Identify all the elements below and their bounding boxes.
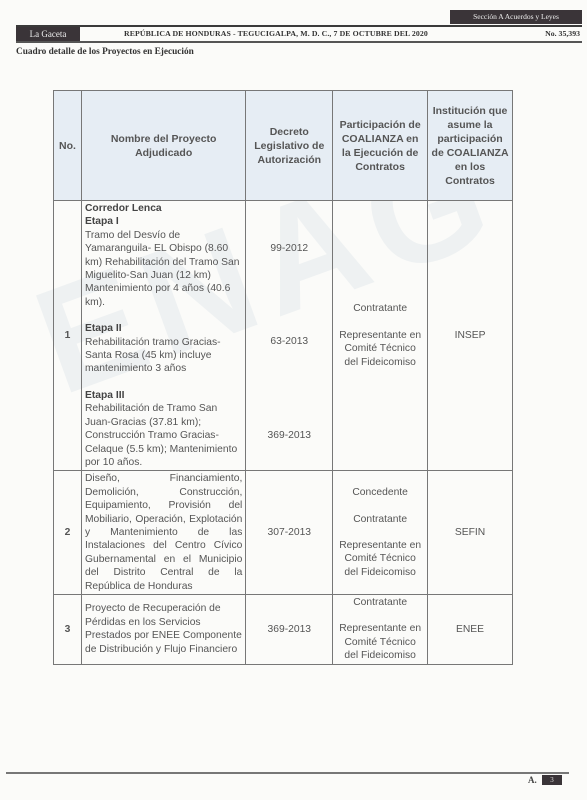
participation-cell: Contratante Representante en Comité Técn… — [333, 201, 428, 471]
institution-cell: ENEE — [428, 594, 513, 664]
decree-cell: 99-2012 63-2013 369-2013 — [246, 201, 333, 471]
participation-item: Representante en Comité Técnico del Fide… — [336, 329, 424, 369]
institution-cell: INSEP — [428, 201, 513, 471]
participation-item: Contratante — [336, 302, 424, 315]
table-header-row: No. Nombre del Proyecto Adjudicado Decre… — [54, 91, 513, 201]
table-row: 1 Corredor Lenca Etapa I Tramo del Desví… — [54, 201, 513, 471]
row-number: 2 — [54, 471, 82, 595]
project-title: Corredor Lenca — [85, 202, 242, 215]
gazette-logo: La Gaceta — [16, 27, 80, 41]
table-row: 2 Diseño, Financiamiento, Demolición, Co… — [54, 471, 513, 595]
column-header-participation: Participación de COALIANZA en la Ejecuci… — [333, 91, 428, 201]
participation-cell: Contratante Representante en Comité Técn… — [333, 594, 428, 664]
decree-cell: 369-2013 — [246, 594, 333, 664]
stage-description: Tramo del Desvío de Yamaranguila- EL Obi… — [85, 229, 242, 309]
column-header-institution: Institución que asume la participación d… — [428, 91, 513, 201]
masthead-title: REPÚBLICA DE HONDURAS - TEGUCIGALPA, M. … — [124, 27, 428, 41]
participation-item: Contratante — [336, 513, 424, 526]
section-tag: Sección A Acuerdos y Leyes — [450, 10, 582, 24]
issue-number: No. 35,393 — [545, 27, 580, 41]
footer-page-number: 3 — [542, 775, 562, 785]
footer-rule — [6, 772, 569, 774]
stage-title: Etapa II — [85, 322, 242, 335]
project-name-cell: Diseño, Financiamiento, Demolición, Cons… — [81, 471, 245, 595]
row-number: 1 — [54, 201, 82, 471]
stage-title: Etapa III — [85, 389, 242, 402]
stage-description: Rehabilitación de Tramo San Juan-Gracias… — [85, 402, 242, 469]
masthead: La Gaceta REPÚBLICA DE HONDURAS - TEGUCI… — [16, 25, 582, 43]
project-name-cell: Proyecto de Recuperación de Pérdidas en … — [81, 594, 245, 664]
row-number: 3 — [54, 594, 82, 664]
stage-title: Etapa I — [85, 215, 242, 228]
stage-description: Rehabilitación tramo Gracias-Santa Rosa … — [85, 336, 242, 376]
document-subtitle: Cuadro detalle de los Proyectos en Ejecu… — [16, 47, 194, 57]
projects-table: No. Nombre del Proyecto Adjudicado Decre… — [53, 90, 513, 665]
table-row: 3 Proyecto de Recuperación de Pérdidas e… — [54, 594, 513, 664]
participation-item: Representante en Comité Técnico del Fide… — [336, 622, 424, 662]
decree-cell: 307-2013 — [246, 471, 333, 595]
footer-page-letter: A. — [528, 775, 537, 785]
column-header-no: No. — [54, 91, 82, 201]
column-header-project-name: Nombre del Proyecto Adjudicado — [81, 91, 245, 201]
participation-cell: Concedente Contratante Representante en … — [333, 471, 428, 595]
participation-item: Concedente — [336, 486, 424, 499]
institution-cell: SEFIN — [428, 471, 513, 595]
project-name-cell: Corredor Lenca Etapa I Tramo del Desvío … — [81, 201, 245, 471]
decree-value: 63-2013 — [249, 335, 329, 348]
decree-value: 369-2013 — [249, 429, 329, 442]
participation-item: Representante en Comité Técnico del Fide… — [336, 539, 424, 579]
column-header-decree: Decreto Legislativo de Autorización — [246, 91, 333, 201]
participation-item: Contratante — [336, 596, 424, 609]
decree-value: 99-2012 — [249, 242, 329, 255]
